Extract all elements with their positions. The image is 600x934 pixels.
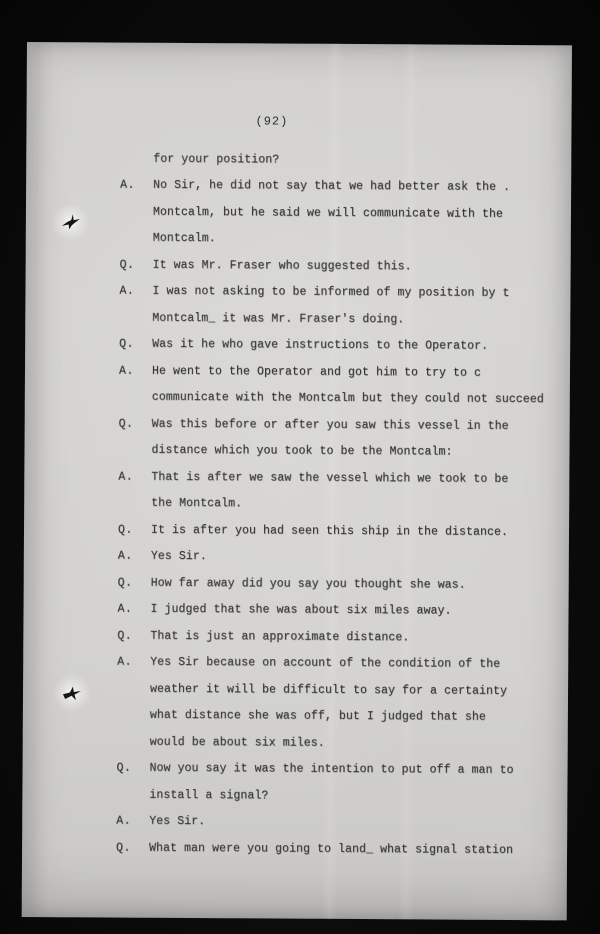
line-text: How far away did you say you thought she… [151,577,466,592]
speaker-label: Q. [118,523,148,536]
transcript-line: install a signal? [22,781,567,811]
ink-blot-icon [62,214,80,229]
speaker-label: Q. [117,629,147,642]
speaker-label: A. [119,364,149,377]
transcript-line: weather it will be difficult to say for … [23,675,568,705]
line-text: communicate with the Montcalm but they c… [152,391,544,406]
transcript-line: Q. Now you say it was the intention to p… [22,754,567,784]
ink-blot-mark-top [51,202,91,242]
line-text: I was not asking to be informed of my po… [152,285,509,300]
transcript-line: the Montcalm. [24,489,569,519]
scanned-page-background: (92) for your position? A. No Sir, he di… [0,0,600,934]
transcript-line: communicate with the Montcalm but they c… [25,383,570,413]
transcript-line: A. Yes Sir because on account of the con… [23,648,568,678]
speaker-label: A. [118,550,148,563]
document-paper: (92) for your position? A. No Sir, he di… [22,42,572,920]
line-text: Montcalm, but he said we will communicat… [153,206,503,221]
speaker-label: Q. [120,258,150,271]
transcript-line: Montcalm, but he said we will communicat… [26,198,571,228]
line-text: install a signal? [149,789,268,803]
transcript-line: Montcalm. [26,224,571,254]
line-text: No Sir, he did not say that we had bette… [153,179,510,194]
speaker-label: A. [119,285,149,298]
line-text: Montcalm. [153,232,216,245]
transcript-line: for your position? [26,145,571,175]
line-text: It was Mr. Fraser who suggested this. [153,259,412,274]
line-text: would be about six miles. [150,736,325,750]
line-text: Was this before or after you saw this ve… [152,418,509,433]
ink-blot-mark-bottom [52,673,92,713]
speaker-label: A. [116,815,146,828]
speaker-label: Q. [117,762,147,775]
transcript-line: what distance she was off, but I judged … [23,701,568,731]
line-text: It is after you had seen this ship in th… [151,524,508,539]
transcript-line: Montcalm_ it was Mr. Fraser's doing. [25,304,570,334]
line-text: the Montcalm. [151,497,242,511]
page-number: (92) [255,114,288,128]
line-text: Was it he who gave instructions to the O… [152,338,488,353]
line-text: Montcalm_ it was Mr. Fraser's doing. [152,312,404,327]
line-text: That is after we saw the vessel which we… [151,471,508,486]
speaker-label: A. [117,603,147,616]
speaker-label: Q. [119,417,149,430]
speaker-label: Q. [119,338,149,351]
line-text: That is just an approximate distance. [150,630,409,645]
speaker-label: A. [118,470,148,483]
line-text: for your position? [153,153,279,167]
line-text: what distance she was off, but I judged … [150,709,486,724]
line-text: distance which you took to be the Montca… [151,444,452,459]
transcript-line: A. He went to the Operator and got him t… [25,357,570,387]
transcript-line: A. Yes Sir. [22,807,567,837]
line-text: I judged that she was about six miles aw… [150,603,451,618]
transcript-line: Q. That is just an approximate distance. [23,622,568,652]
transcript-line: A. That is after we saw the vessel which… [24,463,569,493]
transcript-line: A. I judged that she was about six miles… [23,595,568,625]
transcript-line: Q. Was this before or after you saw this… [25,410,570,440]
transcript-line: Q. Was it he who gave instructions to th… [25,330,570,360]
transcript-body: for your position? A. No Sir, he did not… [22,145,571,864]
transcript-line: A. Yes Sir. [24,542,569,572]
speaker-label: A. [120,179,150,192]
line-text: Yes Sir because on account of the condit… [150,656,500,671]
transcript-line: Q. It was Mr. Fraser who suggested this. [26,251,571,281]
transcript-line: A. No Sir, he did not say that we had be… [26,171,571,201]
line-text: Yes Sir. [151,550,207,563]
speaker-label: A. [117,656,147,669]
line-text: He went to the Operator and got him to t… [152,365,481,380]
ink-blot-icon [63,685,81,700]
transcript-line: Q. What man were you going to land_ what… [22,834,567,864]
line-text: Yes Sir. [149,815,205,828]
transcript-line: distance which you took to be the Montca… [24,436,569,466]
speaker-label: Q. [118,576,148,589]
speaker-label: Q. [116,841,146,854]
transcript-line: Q. It is after you had seen this ship in… [24,516,569,546]
transcript-line: Q. How far away did you say you thought … [24,569,569,599]
line-text: weather it will be difficult to say for … [150,683,507,698]
transcript-line: A. I was not asking to be informed of my… [25,277,570,307]
line-text: Now you say it was the intention to put … [150,762,514,777]
transcript-line: would be about six miles. [23,728,568,758]
line-text: What man were you going to land_ what si… [149,842,513,857]
